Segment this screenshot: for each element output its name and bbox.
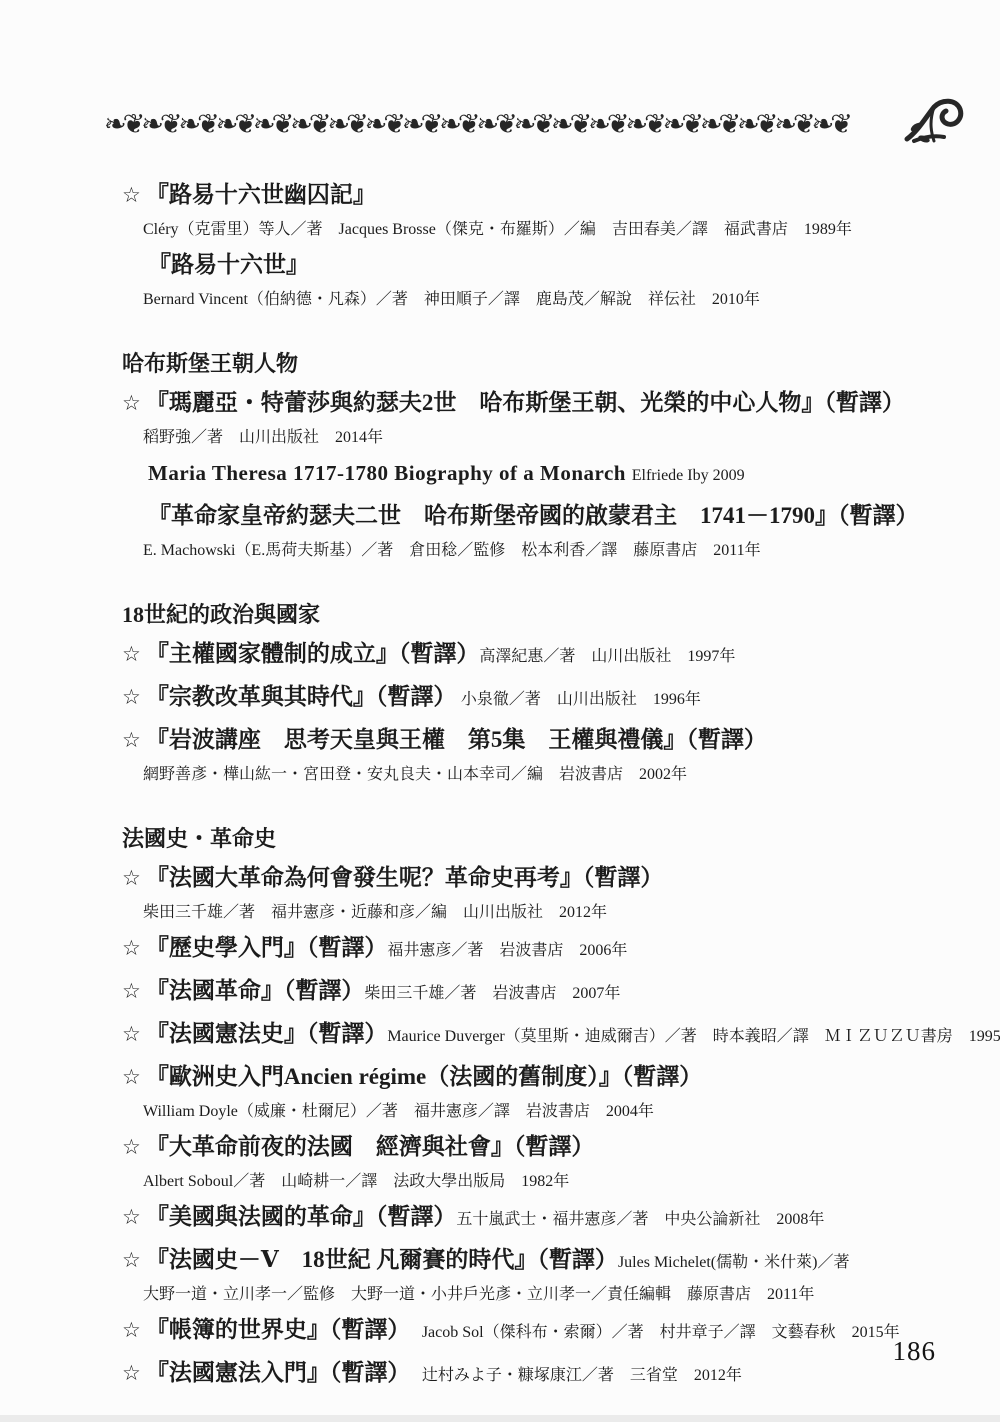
section-heading: 法國史・革命史 [122,825,982,853]
entry-title: 『路易十六世幽囚記』 [146,182,376,207]
entry-row: ☆『法國憲法史』（暫譯）Maurice Duverger（莫里斯・迪威爾吉）／著… [122,1019,982,1052]
entry-detail: Maurice Duverger（莫里斯・迪威爾吉）／著 時本義昭／譯 ＭＩＺＵ… [387,1028,1000,1045]
entry-title: 『岩波講座 思考天皇與王權 第5集 王權與禮儀』（暫譯） [146,727,767,752]
entry-title: 『法國革命』（暫譯） [146,978,365,1003]
entry-detail: 大野一道・立川孝一／監修 大野一道・小井戶光彥・立川孝一／責任編輯 藤原書店 2… [143,1286,814,1303]
entry-detail: 柴田三千雄／著 岩波書店 2007年 [364,985,620,1002]
entry-row: Bernard Vincent（伯納德・凡森）／著 神田順子／譯 鹿島茂／解說 … [122,289,982,310]
entry-title: 『瑪麗亞・特蕾莎與約瑟夫2世 哈布斯堡王朝、光榮的中心人物』（暫譯） [146,390,905,415]
section: 哈布斯堡王朝人物☆『瑪麗亞・特蕾莎與約瑟夫2世 哈布斯堡王朝、光榮的中心人物』（… [122,350,982,561]
entry-row: ☆『帳簿的世界史』（暫譯） Jacob Sol（傑科布・索爾）／著 村井章子／譯… [122,1315,982,1348]
entry-title: 『法國史－Ⅴ 18世紀 凡爾賽的時代』（暫譯） [146,1247,618,1272]
entry-title: 『法國大革命為何會發生呢？革命史再考』（暫譯） [146,865,664,890]
star-icon: ☆ [122,642,141,666]
star-icon: ☆ [122,1361,141,1385]
entry-title: 『歐洲史入門Ancien régime（法國的舊制度）』（暫譯） [146,1064,702,1089]
book-page: ❧❦❧❦❧❦❧❦❧❦❧❦❧❦❧❦❧❦❧❦❧❦❧❦❧❦❧❦❧❦❧❦❧❦❧❦❧❦❧❦… [0,0,1000,1422]
star-icon: ☆ [122,1065,141,1089]
entry-row: ☆『歷史學入門』（暫譯）福井憲彦／著 岩波書店 2006年 [122,933,982,966]
entry-title: 『大革命前夜的法國 經濟與社會』（暫譯） [146,1134,595,1159]
star-icon: ☆ [122,728,141,752]
entry-row: 稻野強／著 山川出版社 2014年 [122,427,982,448]
entry-row: 網野善彥・樺山紘一・宮田登・安丸良夫・山本幸司／編 岩波書店 2002年 [122,764,982,785]
entry-row: Maria Theresa 1717-1780 Biography of a M… [122,458,982,491]
entry-title: 『帳簿的世界史』（暫譯） [146,1317,422,1342]
entry-detail: 辻村みよ子・糠塚康江／著 三省堂 2012年 [422,1367,742,1384]
entry-detail: Bernard Vincent（伯納德・凡森）／著 神田順子／譯 鹿島茂／解說 … [143,291,760,308]
star-icon: ☆ [122,866,141,890]
entry-detail: Albert Soboul／著 山崎耕一／譯 法政大學出版局 1982年 [143,1173,569,1190]
entry-row: ☆『美國與法國的革命』（暫譯）五十嵐武士・福井憲彦／著 中央公論新社 2008年 [122,1202,982,1235]
star-icon: ☆ [122,1248,141,1272]
entry-title: 『主權國家體制的成立』（暫譯） [146,641,480,666]
section: 18世紀的政治與國家☆『主權國家體制的成立』（暫譯）高澤紀惠／著 山川出版社 1… [122,601,982,785]
entry-detail: William Doyle（威廉・杜爾尼）／著 福井憲彦／譯 岩波書店 2004… [143,1103,654,1120]
entry-row: ☆『岩波講座 思考天皇與王權 第5集 王權與禮儀』（暫譯） [122,725,982,758]
entry-row: ☆『法國革命』（暫譯）柴田三千雄／著 岩波書店 2007年 [122,976,982,1009]
star-icon: ☆ [122,979,141,1003]
entry-detail: Jacob Sol（傑科布・索爾）／著 村井章子／譯 文藝春秋 2015年 [422,1324,900,1341]
entry-detail: 網野善彥・樺山紘一・宮田登・安丸良夫・山本幸司／編 岩波書店 2002年 [143,766,687,783]
section: ☆『路易十六世幽囚記』Cléry（克雷里）等人／著 Jacques Brosse… [122,180,982,310]
entry-detail: Cléry（克雷里）等人／著 Jacques Brosse（傑克・布羅斯）／編 … [143,221,852,238]
page-number: 186 [893,1336,937,1367]
entry-row: E. Machowski（E.馬荷夫斯基）／著 倉田稔／監修 松本利香／譯 藤原… [122,540,982,561]
star-icon: ☆ [122,685,141,709]
section-heading: 18世紀的政治與國家 [122,601,982,629]
entry-detail: Elfriede Iby 2009 [632,467,745,484]
entry-row: ☆『主權國家體制的成立』（暫譯）高澤紀惠／著 山川出版社 1997年 [122,639,982,672]
flourish-icon [904,97,966,154]
entry-detail: 柴田三千雄／著 福井憲彦・近藤和彦／編 山川出版社 2012年 [143,904,607,921]
entry-row: ☆『大革命前夜的法國 經濟與社會』（暫譯） [122,1132,982,1165]
entry-title: 『美國與法國的革命』（暫譯） [146,1204,457,1229]
entry-row: William Doyle（威廉・杜爾尼）／著 福井憲彦／譯 岩波書店 2004… [122,1101,982,1122]
entry-row: 柴田三千雄／著 福井憲彦・近藤和彦／編 山川出版社 2012年 [122,902,982,923]
bibliography-content: ☆『路易十六世幽囚記』Cléry（克雷里）等人／著 Jacques Brosse… [122,180,982,1391]
entry-row: ☆『宗教改革與其時代』（暫譯） 小泉徹／著 山川出版社 1996年 [122,682,982,715]
entry-row: 大野一道・立川孝一／監修 大野一道・小井戶光彥・立川孝一／責任編輯 藤原書店 2… [122,1284,982,1305]
entry-row: 『革命家皇帝約瑟夫二世 哈布斯堡帝國的啟蒙君主 1741－1790』（暫譯） [122,501,982,534]
star-icon: ☆ [122,391,141,415]
star-icon: ☆ [122,1205,141,1229]
entry-title-latin: Maria Theresa 1717-1780 Biography of a M… [148,461,632,485]
entry-row: ☆『歐洲史入門Ancien régime（法國的舊制度）』（暫譯） [122,1062,982,1095]
entry-title: 『路易十六世』 [148,252,309,277]
entry-row: Albert Soboul／著 山崎耕一／譯 法政大學出版局 1982年 [122,1171,982,1192]
entry-detail: 稻野強／著 山川出版社 2014年 [143,429,383,446]
entry-row: ☆『法國史－Ⅴ 18世紀 凡爾賽的時代』（暫譯）Jules Michelet(儒… [122,1245,982,1278]
entry-title: 『法國憲法史』（暫譯） [146,1021,388,1046]
entry-title: 『宗教改革與其時代』（暫譯） [146,684,445,709]
entry-detail: 五十嵐武士・福井憲彦／著 中央公論新社 2008年 [456,1211,824,1228]
floral-vine-border: ❧❦❧❦❧❦❧❦❧❦❧❦❧❦❧❦❧❦❧❦❧❦❧❦❧❦❧❦❧❦❧❦❧❦❧❦❧❦❧❦ [104,100,966,150]
star-icon: ☆ [122,183,141,207]
star-icon: ☆ [122,1318,141,1342]
entry-row: ☆『法國憲法入門』（暫譯） 辻村みよ子・糠塚康江／著 三省堂 2012年 [122,1358,982,1391]
entry-row: Cléry（克雷里）等人／著 Jacques Brosse（傑克・布羅斯）／編 … [122,219,982,240]
star-icon: ☆ [122,1022,141,1046]
entry-title: 『歷史學入門』（暫譯） [146,935,388,960]
entry-title: 『法國憲法入門』（暫譯） [146,1360,422,1385]
entry-row: ☆『瑪麗亞・特蕾莎與約瑟夫2世 哈布斯堡王朝、光榮的中心人物』（暫譯） [122,388,982,421]
section-heading: 哈布斯堡王朝人物 [122,350,982,378]
entry-detail: Jules Michelet(儒勒・米什萊)／著 [618,1254,850,1271]
entry-detail: 高澤紀惠／著 山川出版社 1997年 [479,648,735,665]
section: 法國史・革命史☆『法國大革命為何會發生呢？革命史再考』（暫譯）柴田三千雄／著 福… [122,825,982,1391]
star-icon: ☆ [122,936,141,960]
entry-row: ☆『法國大革命為何會發生呢？革命史再考』（暫譯） [122,863,982,896]
page-bottom-edge [0,1415,1000,1422]
entry-detail: E. Machowski（E.馬荷夫斯基）／著 倉田稔／監修 松本利香／譯 藤原… [143,542,761,559]
entry-detail: 小泉徹／著 山川出版社 1996年 [445,691,701,708]
entry-row: 『路易十六世』 [122,250,982,283]
star-icon: ☆ [122,1135,141,1159]
entry-detail: 福井憲彦／著 岩波書店 2006年 [387,942,627,959]
entry-row: ☆『路易十六世幽囚記』 [122,180,982,213]
entry-title: 『革命家皇帝約瑟夫二世 哈布斯堡帝國的啟蒙君主 1741－1790』（暫譯） [148,503,919,528]
vine-pattern: ❧❦❧❦❧❦❧❦❧❦❧❦❧❦❧❦❧❦❧❦❧❦❧❦❧❦❧❦❧❦❧❦❧❦❧❦❧❦❧❦ [104,100,908,150]
